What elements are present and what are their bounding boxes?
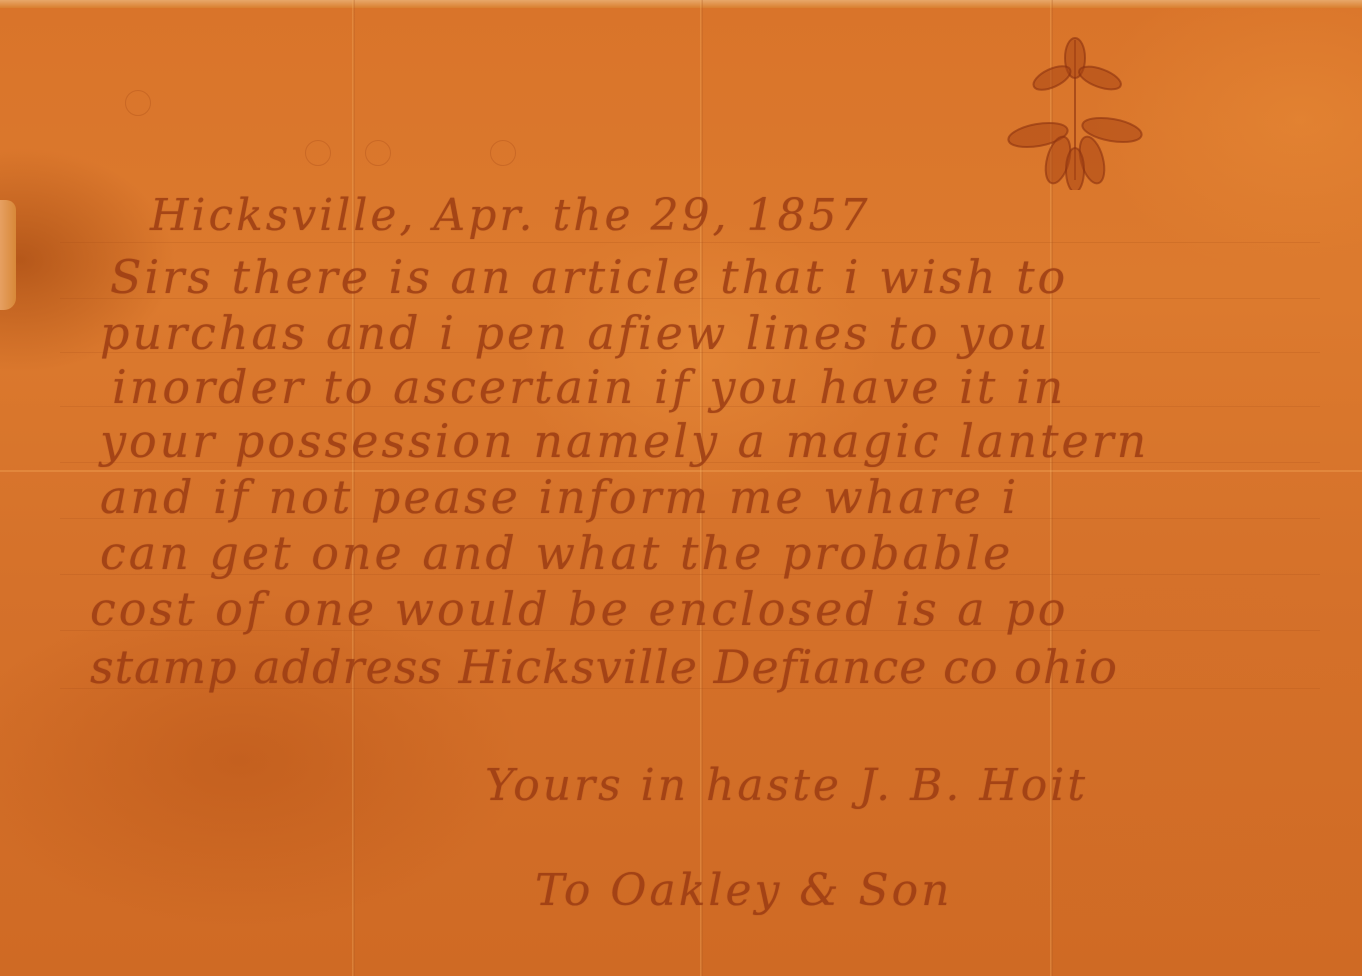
embossed-pattern bbox=[125, 90, 151, 116]
letter-body-line: Sirs there is an article that i wish to bbox=[110, 250, 1068, 304]
paper-torn-edge bbox=[0, 200, 16, 310]
letter-closing-signature: Yours in haste J. B. Hoit bbox=[485, 760, 1088, 811]
ruled-line bbox=[60, 242, 1320, 243]
letter-body-line: purchas and i pen afiew lines to you bbox=[100, 306, 1050, 360]
letter-body-line: and if not pease inform me whare i bbox=[100, 470, 1019, 524]
letter-body-line: cost of one would be enclosed is a po bbox=[90, 582, 1069, 636]
letter-body-line: can get one and what the probable bbox=[100, 526, 1013, 580]
embossed-pattern bbox=[305, 140, 331, 166]
leaf-sprig-icon bbox=[1000, 30, 1150, 190]
letter-paper: Hicksville, Apr. the 29, 1857 Sirs there… bbox=[0, 0, 1362, 976]
embossed-pattern bbox=[490, 140, 516, 166]
letter-heading: Hicksville, Apr. the 29, 1857 bbox=[150, 190, 871, 241]
letter-body-line: your possession namely a magic lantern bbox=[100, 414, 1149, 468]
letter-body-line: stamp address Hicksville Defiance co ohi… bbox=[90, 640, 1118, 694]
embossed-pattern bbox=[365, 140, 391, 166]
letter-body-line: inorder to ascertain if you have it in bbox=[112, 360, 1066, 414]
paper-top-edge bbox=[0, 0, 1362, 8]
letter-addressee: To Oakley & Son bbox=[535, 865, 952, 916]
